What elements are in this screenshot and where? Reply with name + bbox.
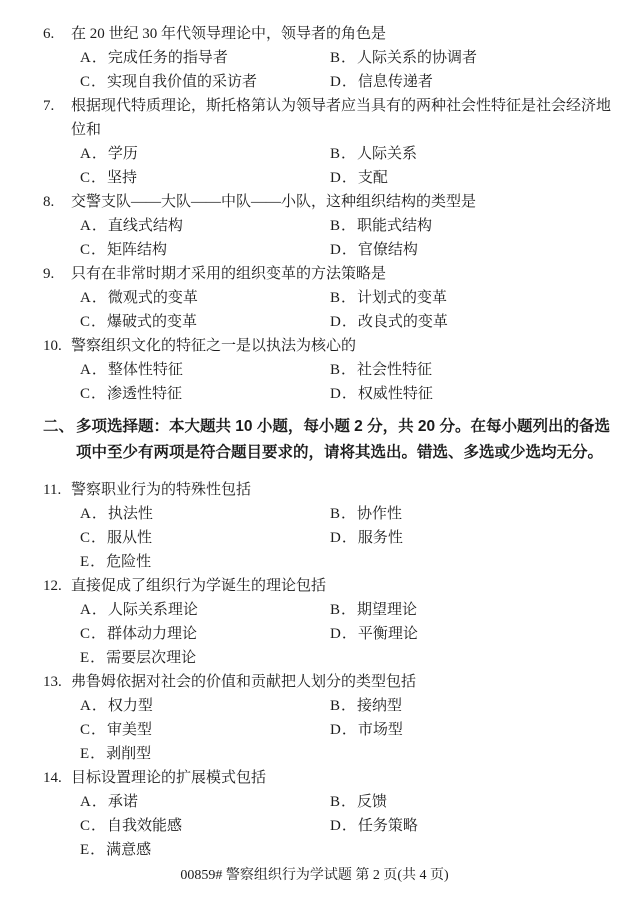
- question-stem: 直接促成了组织行为学诞生的理论包括: [71, 574, 611, 598]
- option-text: 剥削型: [106, 746, 151, 762]
- option: D．支配: [330, 166, 611, 190]
- option-label: B．: [330, 698, 357, 714]
- options-grid: A．微观式的变革 B．计划式的变革 C．爆破式的变革 D．改良式的变革: [80, 286, 611, 334]
- option: C．实现自我价值的采访者: [80, 70, 330, 94]
- option-label: D．: [330, 170, 358, 186]
- option-label: A．: [80, 218, 108, 234]
- option-text: 爆破式的变革: [107, 314, 197, 330]
- question: 13. 弗鲁姆依据对社会的价值和贡献把人划分的类型包括 A．权力型 B．接纳型 …: [43, 670, 611, 766]
- option-label: C．: [80, 818, 107, 834]
- question-stem: 警察职业行为的特殊性包括: [71, 478, 611, 502]
- option-label: B．: [330, 50, 357, 66]
- option-label: A．: [80, 794, 108, 810]
- section-instructions: 多项选择题：本大题共 10 小题，每小题 2 分，共 20 分。在每小题列出的备…: [76, 414, 611, 466]
- option-label: D．: [330, 818, 358, 834]
- options-grid: A．执法性 B．协作性 C．服从性 D．服务性 E．危险性: [80, 502, 611, 574]
- option-text: 需要层次理论: [106, 650, 196, 666]
- option-label: C．: [80, 170, 107, 186]
- option-label: E．: [80, 746, 106, 762]
- question-number: 12.: [43, 574, 71, 598]
- option-text: 协作性: [357, 506, 402, 522]
- option-label: A．: [80, 506, 108, 522]
- option-text: 官僚结构: [358, 242, 418, 258]
- option-label: E．: [80, 650, 106, 666]
- option-text: 任务策略: [358, 818, 418, 834]
- option: C．服从性: [80, 526, 330, 550]
- question: 14. 目标设置理论的扩展模式包括 A．承诺 B．反馈 C．自我效能感 D．任务…: [43, 766, 611, 862]
- option: B．人际关系的协调者: [330, 46, 611, 70]
- section-number: 二、: [43, 414, 76, 466]
- option-text: 社会性特征: [357, 362, 432, 378]
- question-stem: 目标设置理论的扩展模式包括: [71, 766, 611, 790]
- question-stem: 交警支队——大队——中队——小队，这种组织结构的类型是: [71, 190, 611, 214]
- option-text: 矩阵结构: [107, 242, 167, 258]
- option: D．任务策略: [330, 814, 611, 838]
- option: D．信息传递者: [330, 70, 611, 94]
- option-label: A．: [80, 698, 108, 714]
- option: E．需要层次理论: [80, 646, 330, 670]
- question: 11. 警察职业行为的特殊性包括 A．执法性 B．协作性 C．服从性 D．服务性…: [43, 478, 611, 574]
- question-number: 7.: [43, 94, 71, 142]
- option-text: 权威性特征: [358, 386, 433, 402]
- options-grid: A．完成任务的指导者 B．人际关系的协调者 C．实现自我价值的采访者 D．信息传…: [80, 46, 611, 94]
- option: B．人际关系: [330, 142, 611, 166]
- option-text: 执法性: [108, 506, 153, 522]
- question-stem: 警察组织文化的特征之一是以执法为核心的: [71, 334, 611, 358]
- option: E．剥削型: [80, 742, 330, 766]
- option: A．微观式的变革: [80, 286, 330, 310]
- option-label: C．: [80, 314, 107, 330]
- option: C．渗透性特征: [80, 382, 330, 406]
- option-label: C．: [80, 530, 107, 546]
- option-text: 人际关系: [357, 146, 417, 162]
- option: B．计划式的变革: [330, 286, 611, 310]
- option-text: 完成任务的指导者: [108, 50, 228, 66]
- question-stem: 根据现代特质理论，斯托格第认为领导者应当具有的两种社会性特征是社会经济地位和: [71, 94, 611, 142]
- question-number: 9.: [43, 262, 71, 286]
- question-number: 8.: [43, 190, 71, 214]
- option-label: C．: [80, 74, 107, 90]
- option-label: B．: [330, 602, 357, 618]
- option: D．平衡理论: [330, 622, 611, 646]
- option-text: 渗透性特征: [107, 386, 182, 402]
- option-label: C．: [80, 386, 107, 402]
- option-label: D．: [330, 386, 358, 402]
- option-label: C．: [80, 242, 107, 258]
- option: A．承诺: [80, 790, 330, 814]
- option-text: 人际关系的协调者: [357, 50, 477, 66]
- option-text: 服务性: [358, 530, 403, 546]
- option-label: B．: [330, 794, 357, 810]
- option-label: D．: [330, 242, 358, 258]
- option-label: A．: [80, 50, 108, 66]
- option-label: C．: [80, 722, 107, 738]
- option: E．满意感: [80, 838, 330, 862]
- option-label: B．: [330, 362, 357, 378]
- question-number: 10.: [43, 334, 71, 358]
- exam-page: 6. 在 20 世纪 30 年代领导理论中，领导者的角色是 A．完成任务的指导者…: [0, 0, 629, 862]
- option: D．改良式的变革: [330, 310, 611, 334]
- option: D．权威性特征: [330, 382, 611, 406]
- option-text: 信息传递者: [358, 74, 433, 90]
- option: C．矩阵结构: [80, 238, 330, 262]
- question-stem: 弗鲁姆依据对社会的价值和贡献把人划分的类型包括: [71, 670, 611, 694]
- options-grid: A．权力型 B．接纳型 C．审美型 D．市场型 E．剥削型: [80, 694, 611, 766]
- option: B．反馈: [330, 790, 611, 814]
- option-label: B．: [330, 146, 357, 162]
- option: A．学历: [80, 142, 330, 166]
- option-text: 支配: [358, 170, 388, 186]
- option: A．人际关系理论: [80, 598, 330, 622]
- option-text: 人际关系理论: [108, 602, 198, 618]
- option-text: 学历: [108, 146, 138, 162]
- option: C．自我效能感: [80, 814, 330, 838]
- option-text: 整体性特征: [108, 362, 183, 378]
- options-grid: A．承诺 B．反馈 C．自我效能感 D．任务策略 E．满意感: [80, 790, 611, 862]
- question: 7. 根据现代特质理论，斯托格第认为领导者应当具有的两种社会性特征是社会经济地位…: [43, 94, 611, 190]
- option-text: 服从性: [107, 530, 152, 546]
- question: 9. 只有在非常时期才采用的组织变革的方法策略是 A．微观式的变革 B．计划式的…: [43, 262, 611, 334]
- option-label: A．: [80, 290, 108, 306]
- option-label: E．: [80, 842, 106, 858]
- option: C．坚持: [80, 166, 330, 190]
- option-label: D．: [330, 74, 358, 90]
- option-label: D．: [330, 530, 358, 546]
- option-text: 平衡理论: [358, 626, 418, 642]
- option-label: D．: [330, 626, 358, 642]
- question-number: 6.: [43, 22, 71, 46]
- options-grid: A．人际关系理论 B．期望理论 C．群体动力理论 D．平衡理论 E．需要层次理论: [80, 598, 611, 670]
- option-label: C．: [80, 626, 107, 642]
- option-text: 权力型: [108, 698, 153, 714]
- option: C．审美型: [80, 718, 330, 742]
- option: A．直线式结构: [80, 214, 330, 238]
- option-text: 期望理论: [357, 602, 417, 618]
- option: B．接纳型: [330, 694, 611, 718]
- option-text: 直线式结构: [108, 218, 183, 234]
- option-text: 坚持: [107, 170, 137, 186]
- question-number: 11.: [43, 478, 71, 502]
- option-text: 计划式的变革: [357, 290, 447, 306]
- option-label: D．: [330, 314, 358, 330]
- options-grid: A．直线式结构 B．职能式结构 C．矩阵结构 D．官僚结构: [80, 214, 611, 262]
- option: A．整体性特征: [80, 358, 330, 382]
- option-text: 市场型: [358, 722, 403, 738]
- option: D．服务性: [330, 526, 611, 550]
- section-heading: 二、 多项选择题：本大题共 10 小题，每小题 2 分，共 20 分。在每小题列…: [43, 414, 611, 466]
- option: B．社会性特征: [330, 358, 611, 382]
- option-text: 承诺: [108, 794, 138, 810]
- options-grid: A．整体性特征 B．社会性特征 C．渗透性特征 D．权威性特征: [80, 358, 611, 406]
- option-text: 改良式的变革: [358, 314, 448, 330]
- option-label: B．: [330, 290, 357, 306]
- option-label: A．: [80, 146, 108, 162]
- option-text: 实现自我价值的采访者: [107, 74, 257, 90]
- question-stem: 只有在非常时期才采用的组织变革的方法策略是: [71, 262, 611, 286]
- option-text: 微观式的变革: [108, 290, 198, 306]
- question-stem: 在 20 世纪 30 年代领导理论中，领导者的角色是: [71, 22, 611, 46]
- option-text: 审美型: [107, 722, 152, 738]
- option-text: 群体动力理论: [107, 626, 197, 642]
- options-grid: A．学历 B．人际关系 C．坚持 D．支配: [80, 142, 611, 190]
- question: 10. 警察组织文化的特征之一是以执法为核心的 A．整体性特征 B．社会性特征 …: [43, 334, 611, 406]
- option-text: 自我效能感: [107, 818, 182, 834]
- question: 6. 在 20 世纪 30 年代领导理论中，领导者的角色是 A．完成任务的指导者…: [43, 22, 611, 94]
- option: A．执法性: [80, 502, 330, 526]
- option: E．危险性: [80, 550, 330, 574]
- option-label: B．: [330, 506, 357, 522]
- option-text: 危险性: [106, 554, 151, 570]
- option: D．市场型: [330, 718, 611, 742]
- question-number: 14.: [43, 766, 71, 790]
- option: A．完成任务的指导者: [80, 46, 330, 70]
- option: C．爆破式的变革: [80, 310, 330, 334]
- option-label: A．: [80, 602, 108, 618]
- option-label: D．: [330, 722, 358, 738]
- option: D．官僚结构: [330, 238, 611, 262]
- option: A．权力型: [80, 694, 330, 718]
- option-label: E．: [80, 554, 106, 570]
- question: 8. 交警支队——大队——中队——小队，这种组织结构的类型是 A．直线式结构 B…: [43, 190, 611, 262]
- page-footer: 00859# 警察组织行为学试题 第 2 页(共 4 页): [0, 864, 629, 884]
- question: 12. 直接促成了组织行为学诞生的理论包括 A．人际关系理论 B．期望理论 C．…: [43, 574, 611, 670]
- option-label: A．: [80, 362, 108, 378]
- option-text: 满意感: [106, 842, 151, 858]
- question-number: 13.: [43, 670, 71, 694]
- option-text: 反馈: [357, 794, 387, 810]
- option: B．职能式结构: [330, 214, 611, 238]
- option: C．群体动力理论: [80, 622, 330, 646]
- option-label: B．: [330, 218, 357, 234]
- option: B．期望理论: [330, 598, 611, 622]
- option-text: 职能式结构: [357, 218, 432, 234]
- option: B．协作性: [330, 502, 611, 526]
- option-text: 接纳型: [357, 698, 402, 714]
